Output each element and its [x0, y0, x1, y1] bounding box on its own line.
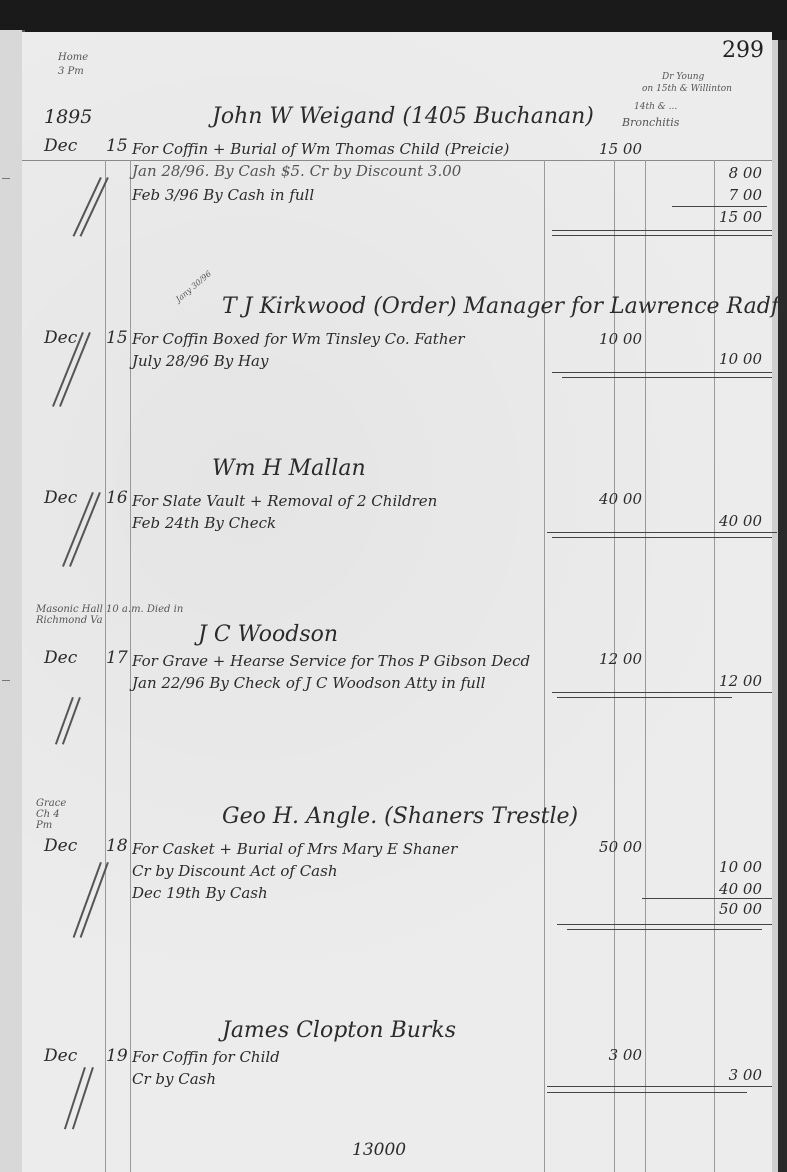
side-note: Masonic Hall 10 a.m. Died in Richmond Va — [36, 604, 196, 626]
debit-amount: 12 00 — [562, 650, 642, 668]
entry-day: 15 — [106, 328, 128, 348]
credit-total: 50 00 — [682, 900, 762, 918]
entry-line: For Coffin for Child — [132, 1048, 280, 1066]
entry-day: 18 — [106, 836, 128, 856]
top-right-note: on 15th & Willinton — [642, 84, 732, 94]
credit-amount: 10 00 — [682, 350, 762, 368]
credit-amount: 40 00 — [682, 880, 762, 898]
right-page-edge — [772, 40, 787, 1172]
entry-line: For Grave + Hearse Service for Thos P Gi… — [132, 652, 530, 670]
account-name: James Clopton Burks — [222, 1018, 456, 1043]
page-number: 299 — [722, 38, 764, 63]
credit-amount: 12 00 — [682, 672, 762, 690]
side-note: Grace Ch 4 Pm — [36, 798, 76, 831]
entry-month: Dec — [44, 836, 77, 856]
account-name: John W Weigand (1405 Buchanan) — [212, 104, 594, 129]
side-note: Jany 30/96 — [174, 269, 213, 304]
account-name: Wm H Mallan — [212, 456, 366, 481]
entry-line: For Slate Vault + Removal of 2 Children — [132, 492, 437, 510]
entry-month: Dec — [44, 1046, 77, 1066]
entry-month: Dec — [44, 488, 77, 508]
entry-day: 15 — [106, 136, 128, 156]
account-name: T J Kirkwood (Order) Manager for Lawrenc… — [222, 294, 787, 319]
entry-line: Jan 28/96. By Cash $5. Cr by Discount 3.… — [132, 162, 461, 180]
account-name: Geo H. Angle. (Shaners Trestle) — [222, 804, 578, 829]
year: 1895 — [44, 106, 92, 128]
top-left-note: 3 Pm — [58, 66, 84, 77]
credit-amount: 3 00 — [682, 1066, 762, 1084]
debit-amount: 3 00 — [562, 1046, 642, 1064]
debit-amount: 10 00 — [562, 330, 642, 348]
top-right-note: Dr Young — [662, 72, 704, 82]
credit-amount: 40 00 — [682, 512, 762, 530]
top-left-note: Home — [58, 52, 88, 63]
entry-line: Feb 24th By Check — [132, 514, 276, 532]
debit-amount: 50 00 — [562, 838, 642, 856]
credit-amount: 10 00 — [682, 858, 762, 876]
top-right-note: 14th & ... — [634, 102, 677, 112]
entry-line: July 28/96 By Hay — [132, 352, 268, 370]
entry-line: Jan 22/96 By Check of J C Woodson Atty i… — [132, 674, 485, 692]
entry-line: For Coffin Boxed for Wm Tinsley Co. Fath… — [132, 330, 465, 348]
entry-day: 16 — [106, 488, 128, 508]
column-line — [130, 160, 131, 1172]
debit-amount: 15 00 — [562, 140, 642, 158]
entry-month: Dec — [44, 136, 77, 156]
page-total: 13000 — [352, 1140, 406, 1160]
ledger-page: 299 Home 3 Pm Dr Young on 15th & Willint… — [22, 32, 772, 1172]
entry-day: 17 — [106, 648, 128, 668]
entry-line: For Casket + Burial of Mrs Mary E Shaner — [132, 840, 457, 858]
account-name: J C Woodson — [198, 622, 338, 647]
credit-amount: 8 00 — [682, 164, 762, 182]
credit-amount: 7 00 — [682, 186, 762, 204]
header-rule — [22, 160, 772, 161]
entry-month: Dec — [44, 328, 77, 348]
entry-line: Dec 19th By Cash — [132, 884, 268, 902]
credit-total: 15 00 — [682, 208, 762, 226]
entry-day: 19 — [106, 1046, 128, 1066]
entry-line: Cr by Discount Act of Cash — [132, 862, 338, 880]
entry-line: Feb 3/96 By Cash in full — [132, 186, 314, 204]
entry-line: For Coffin + Burial of Wm Thomas Child (… — [132, 140, 509, 158]
entry-month: Dec — [44, 648, 77, 668]
debit-amount: 40 00 — [562, 490, 642, 508]
top-right-note: Bronchitis — [622, 116, 679, 129]
entry-line: Cr by Cash — [132, 1070, 216, 1088]
